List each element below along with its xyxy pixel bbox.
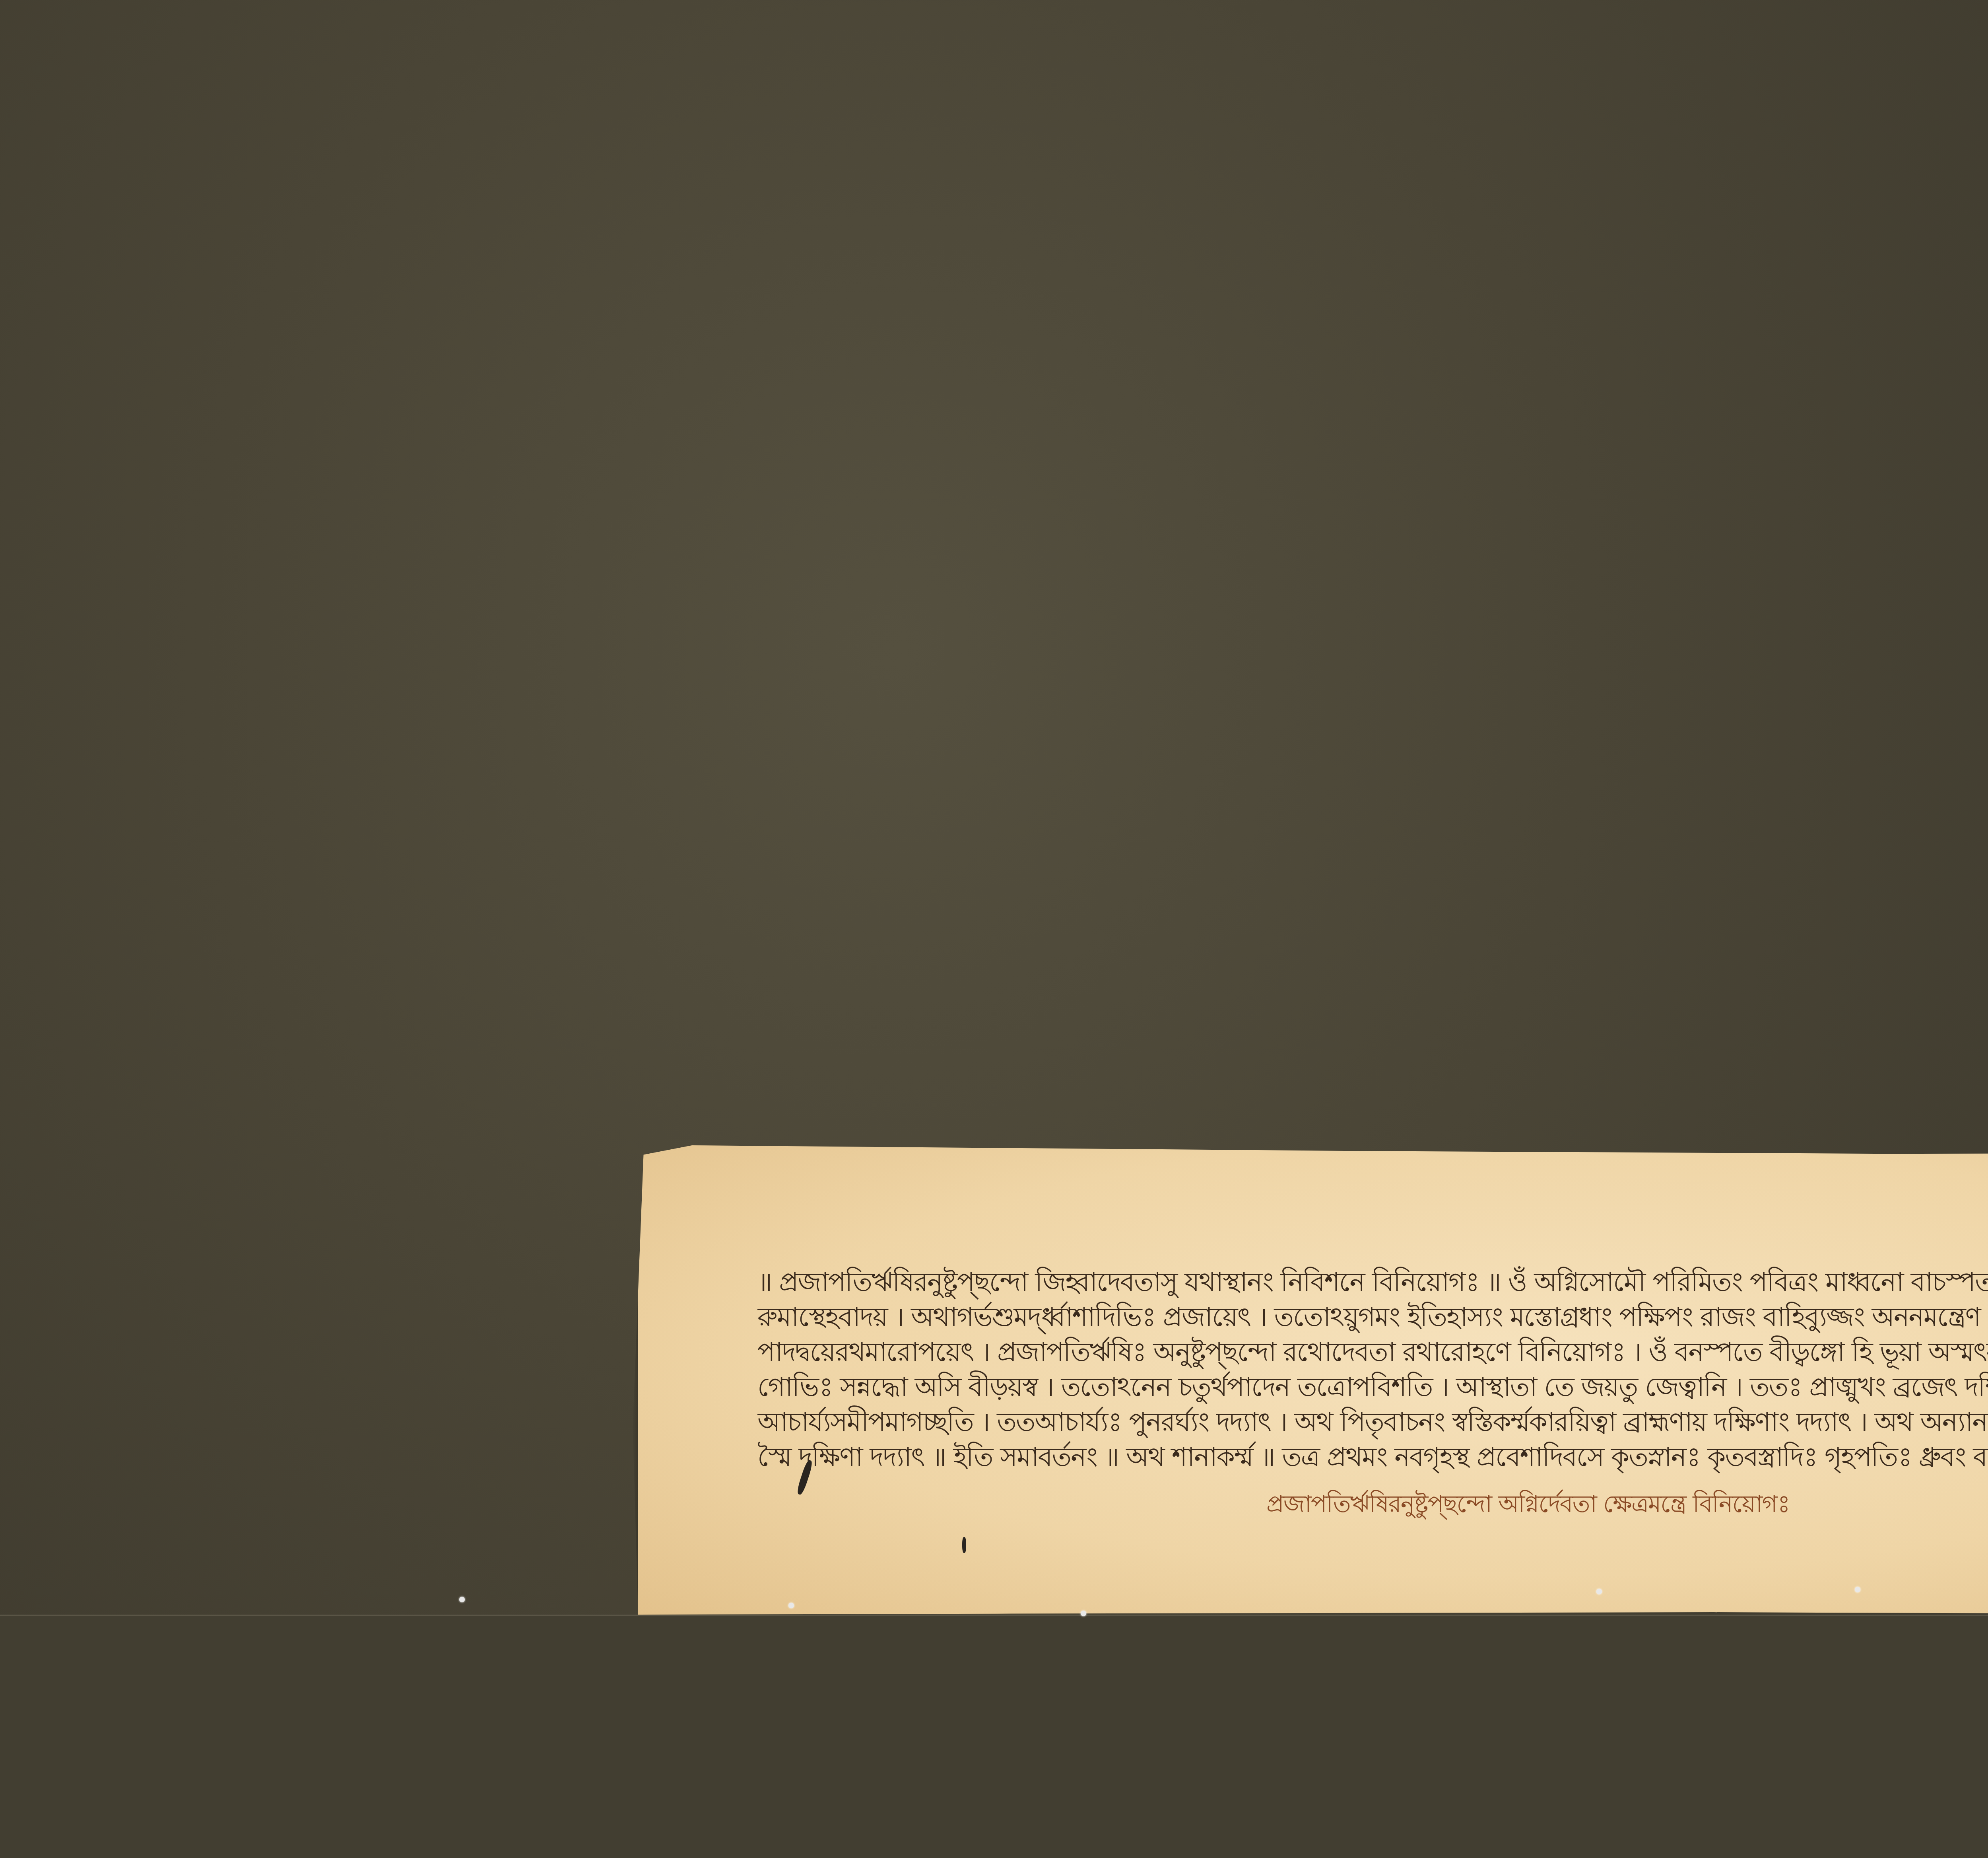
pin-head (788, 1603, 794, 1608)
manuscript-line-5: আচার্য্যসমীপমাগচ্ছতি । ততআচার্য্যঃ পুনরর… (757, 1405, 1988, 1440)
worm-hole (962, 1537, 966, 1553)
manuscript-line-3: পাদদ্বয়েরথমারোপয়েৎ । প্রজাপতির্ঋষিঃ অন… (757, 1335, 1988, 1370)
pin-head (459, 1597, 465, 1602)
manuscript-text-block: ॥ প্রজাপতির্ঋষিরনুষ্টুপ্ছন্দো জিহ্বাদেবত… (757, 1265, 1988, 1522)
manuscript-line-4: গোভিঃ সন্নদ্ধো অসি বীড়য়স্ব । ততোঽনেন চ… (757, 1370, 1988, 1405)
manuscript-line-2: রুমাস্থেহবাদয় । অথাগর্ভশুমর্দ্ধ্বাশাদিভ… (757, 1300, 1988, 1335)
manuscript-leaf: ॥ প্রজাপতির্ঋষিরনুষ্টুপ্ছন্দো জিহ্বাদেবত… (638, 1145, 1988, 1615)
backing-board-lower (0, 1615, 1988, 1858)
pin-head (1081, 1611, 1086, 1616)
pin-head (1855, 1587, 1860, 1592)
manuscript-line-1: ॥ প্রজাপতির্ঋষিরনুষ্টুপ্ছন্দো জিহ্বাদেবত… (757, 1265, 1988, 1300)
pin-head (1596, 1589, 1602, 1594)
marginal-note-red: প্রজাপতির্ঋষিরনুষ্টুপ্ছন্দো অগ্নির্দেবতা… (1266, 1487, 1988, 1522)
manuscript-line-6: স্মৈ দক্ষিণা দদ্যাৎ ॥ ইতি সমাবর্তনং ॥ অথ… (757, 1440, 1988, 1475)
